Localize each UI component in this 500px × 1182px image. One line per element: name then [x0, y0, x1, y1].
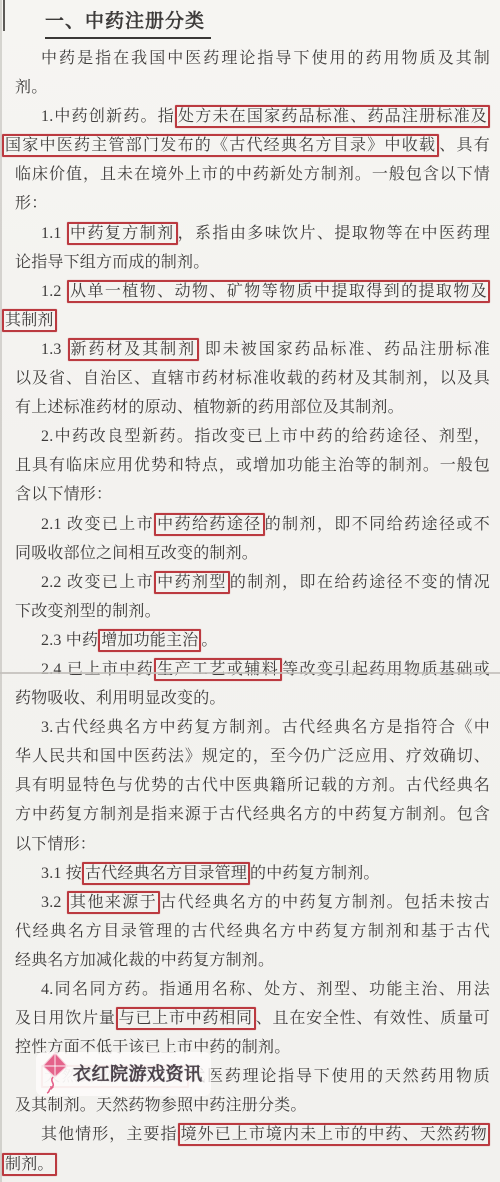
- text-line: 其他情形，主要指境外已上市境内未上市的中药、天然药物: [15, 1120, 490, 1149]
- text-line: 以下情形：: [15, 830, 490, 859]
- text-line: 论指导下组方而成的制剂。: [15, 248, 490, 277]
- text-segment: 方中药复方制剂是指来源于古代经典名方的中药复方制剂。包含: [15, 806, 490, 823]
- text-segment: 以下情形：: [15, 836, 96, 853]
- text-line: 1.中药创新药。指处方未在国家药品标准、药品注册标准及: [15, 102, 490, 131]
- text-segment: 古代经典名方的中药复方制剂。包括未按古: [160, 894, 490, 911]
- text-line: 含以下情形：: [15, 480, 490, 509]
- text-line: 临床价值，且未在境外上市的中药新处方制剂。一般包含以下情: [15, 160, 490, 189]
- highlight-box: 处方未在国家药品标准、药品注册标准及: [175, 105, 490, 128]
- text-segment: 2.3 中药: [41, 632, 98, 649]
- document-page: 一、中药注册分类 中药是指在我国中医药理论指导下使用的药用物质及其制剂。1.中药…: [0, 0, 500, 1179]
- text-segment: 。: [201, 632, 217, 649]
- text-segment: 2.2 改变已上市: [41, 574, 154, 591]
- text-segment: 论指导下组方而成的制剂。: [15, 254, 209, 271]
- text-line: 有上述标准药材的原动、植物新的药用部位及其制剂。: [15, 393, 490, 422]
- text-segment: 代医药理论指导下使用的天然药用物质: [189, 1068, 490, 1085]
- highlight-box: 其制剂: [2, 309, 57, 332]
- text-segment: 经典名方加减化裁的中药复方制剂。: [15, 952, 274, 969]
- text-segment: 3.1 按: [41, 865, 82, 882]
- highlight-box: 与已上市中药相同: [116, 1007, 256, 1030]
- text-segment: 华人民共和国中医药法》规定的，至今仍广泛应用、疗效确切、: [15, 748, 490, 765]
- text-segment: 2.中药改良型新药。指改变已上市中药的给药途径、剂型，: [41, 428, 490, 445]
- text-line: 3.古代经典名方中药复方制剂。古代经典名方是指符合《中: [15, 713, 490, 742]
- text-segment: 代经典名方目录管理的古代经典名方中药复方制剂和基于古代: [15, 923, 490, 940]
- page-title-text: 一、中药注册分类: [45, 10, 211, 39]
- text-line: 具有明显特色与优势的古代中医典籍所记载的方剂。古代经典名: [15, 771, 490, 800]
- text-line: 经典名方加减化裁的中药复方制剂。: [15, 946, 490, 975]
- text-segment: 、具有: [439, 137, 490, 154]
- text-segment: 2.1 改变已上市: [41, 516, 154, 533]
- highlight-box: 中药给药途径: [154, 513, 265, 536]
- text-segment: 3.2: [41, 894, 67, 911]
- scan-artifact-line: [0, 672, 500, 674]
- text-segment: 、且在安全性、有效性、质量可: [256, 1010, 490, 1027]
- text-line: 下改变剂型的制剂。: [15, 597, 490, 626]
- document-body: 中药是指在我国中医药理论指导下使用的药用物质及其制剂。1.中药创新药。指处方未在…: [15, 44, 490, 1179]
- text-segment: 及日用饮片量: [15, 1010, 116, 1027]
- text-segment: 1.1: [41, 225, 67, 242]
- watermark-label: 衣红院游戏资讯: [73, 1060, 203, 1086]
- text-segment: 以及省、自治区、直辖市药材标准收载的药材及其制剂，以及具: [15, 370, 490, 387]
- text-line: 3.1 按古代经典名方目录管理的中药复方制剂。: [15, 859, 490, 888]
- text-line: 2.4 已上市中药生产工艺或辅料等改变引起药用物质基础或: [15, 655, 490, 684]
- text-segment: 具有明显特色与优势的古代中医典籍所记载的方剂。古代经典名: [15, 777, 490, 794]
- text-line: 国家中医药主管部门发布的《古代经典名方目录》中收载、具有: [15, 131, 490, 160]
- text-line: 剂。: [15, 73, 490, 102]
- text-line: 3.2 其他来源于古代经典名方的中药复方制剂。包括未按古: [15, 888, 490, 917]
- highlight-box: 中药复方制剂: [67, 222, 178, 245]
- text-line: 1.1 中药复方制剂，系指由多味饮片、提取物等在中医药理: [15, 219, 490, 248]
- text-line: 药物吸收、利用明显改变的。: [15, 684, 490, 713]
- text-line: 1.3 新药材及其制剂 即未被国家药品标准、药品注册标准: [15, 335, 490, 364]
- text-segment: 4.同名同方药。指通用名称、处方、剂型、功能主治、用法: [41, 981, 490, 998]
- highlight-box: 古代经典名方目录管理: [82, 862, 250, 885]
- text-line: 同吸收部位之间相互改变的制剂。: [15, 539, 490, 568]
- watermark-badge: 衣红院游戏资讯: [36, 1052, 211, 1096]
- text-line: 华人民共和国中医药法》规定的，至今仍广泛应用、疗效确切、: [15, 742, 490, 771]
- text-segment: 剂。: [15, 79, 47, 96]
- text-segment: 临床价值，且未在境外上市的中药新处方制剂。一般包含以下情: [15, 166, 490, 183]
- text-segment: 中药是指在我国中医药理论指导下使用的药用物质及其制: [41, 50, 490, 67]
- text-segment: 且具有临床应用优势和特点，或增加功能主治等的制剂。一般包: [15, 457, 490, 474]
- text-line: 其制剂: [15, 306, 490, 335]
- text-segment: 同吸收部位之间相互改变的制剂。: [15, 545, 258, 562]
- text-segment: 1.2: [41, 283, 67, 300]
- text-segment: 下改变剂型的制剂。: [15, 603, 161, 620]
- text-segment: 药物吸收、利用明显改变的。: [15, 690, 226, 707]
- highlight-box: 增加功能主治: [98, 629, 201, 652]
- highlight-box: 制剂。: [2, 1153, 57, 1176]
- text-line: 形：: [15, 189, 490, 218]
- text-line: 2.2 改变已上市中药剂型的制剂，即在给药途径不变的情况: [15, 568, 490, 597]
- kite-icon: [40, 1052, 70, 1094]
- text-line: 及日用饮片量与已上市中药相同、且在安全性、有效性、质量可: [15, 1004, 490, 1033]
- text-line: 4.同名同方药。指通用名称、处方、剂型、功能主治、用法: [15, 975, 490, 1004]
- text-line: 2.中药改良型新药。指改变已上市中药的给药途径、剂型，: [15, 422, 490, 451]
- page-title: 一、中药注册分类: [45, 10, 490, 38]
- text-segment: 1.中药创新药。指: [41, 108, 175, 125]
- text-line: 且具有临床应用优势和特点，或增加功能主治等的制剂。一般包: [15, 451, 490, 480]
- text-segment: 2.4 已上市中药: [41, 661, 154, 678]
- text-line: 方中药复方制剂是指来源于古代经典名方的中药复方制剂。包含: [15, 800, 490, 829]
- text-line: 中药是指在我国中医药理论指导下使用的药用物质及其制: [15, 44, 490, 73]
- text-segment: 等改变引起药用物质基础或: [282, 661, 490, 678]
- text-line: 2.3 中药增加功能主治。: [15, 626, 490, 655]
- highlight-box: 境外已上市境内未上市的中药、天然药物: [178, 1123, 490, 1146]
- highlight-box: 其他来源于: [67, 891, 160, 914]
- highlight-box: 中药剂型: [154, 571, 230, 594]
- text-segment: 的制剂，即在给药途径不变的情况: [230, 574, 490, 591]
- text-line: 2.1 改变已上市中药给药途径的制剂，即不同给药途径或不: [15, 510, 490, 539]
- text-segment: 的制剂，即不同给药途径或不: [265, 516, 490, 533]
- text-segment: 有上述标准药材的原动、植物新的药用部位及其制剂。: [15, 399, 404, 416]
- text-segment: 1.3: [41, 341, 68, 358]
- text-line: 以及省、自治区、直辖市药材标准收载的药材及其制剂，以及具: [15, 364, 490, 393]
- text-segment: 的中药复方制剂。: [250, 865, 380, 882]
- text-segment: 3.古代经典名方中药复方制剂。古代经典名方是指符合《中: [41, 719, 490, 736]
- text-segment: 含以下情形：: [15, 486, 112, 503]
- highlight-box: 新药材及其制剂: [68, 338, 199, 361]
- highlight-box: 生产工艺或辅料: [154, 658, 282, 681]
- highlight-box: 从单一植物、动物、矿物等物质中提取得到的提取物及: [67, 280, 490, 303]
- text-line: 制剂。: [15, 1150, 490, 1179]
- text-segment: 其他情形，主要指: [41, 1126, 178, 1143]
- text-segment: 及其制剂。天然药物参照中药注册分类。: [15, 1097, 307, 1114]
- highlight-box: 国家中医药主管部门发布的《古代经典名方目录》中收载: [2, 134, 439, 157]
- text-line: 1.2 从单一植物、动物、矿物等物质中提取得到的提取物及: [15, 277, 490, 306]
- text-segment: ，系指由多味饮片、提取物等在中医药理: [178, 225, 490, 242]
- text-segment: 形：: [15, 195, 47, 212]
- text-segment: 即未被国家药品标准、药品注册标准: [199, 341, 490, 358]
- text-line: 代经典名方目录管理的古代经典名方中药复方制剂和基于古代: [15, 917, 490, 946]
